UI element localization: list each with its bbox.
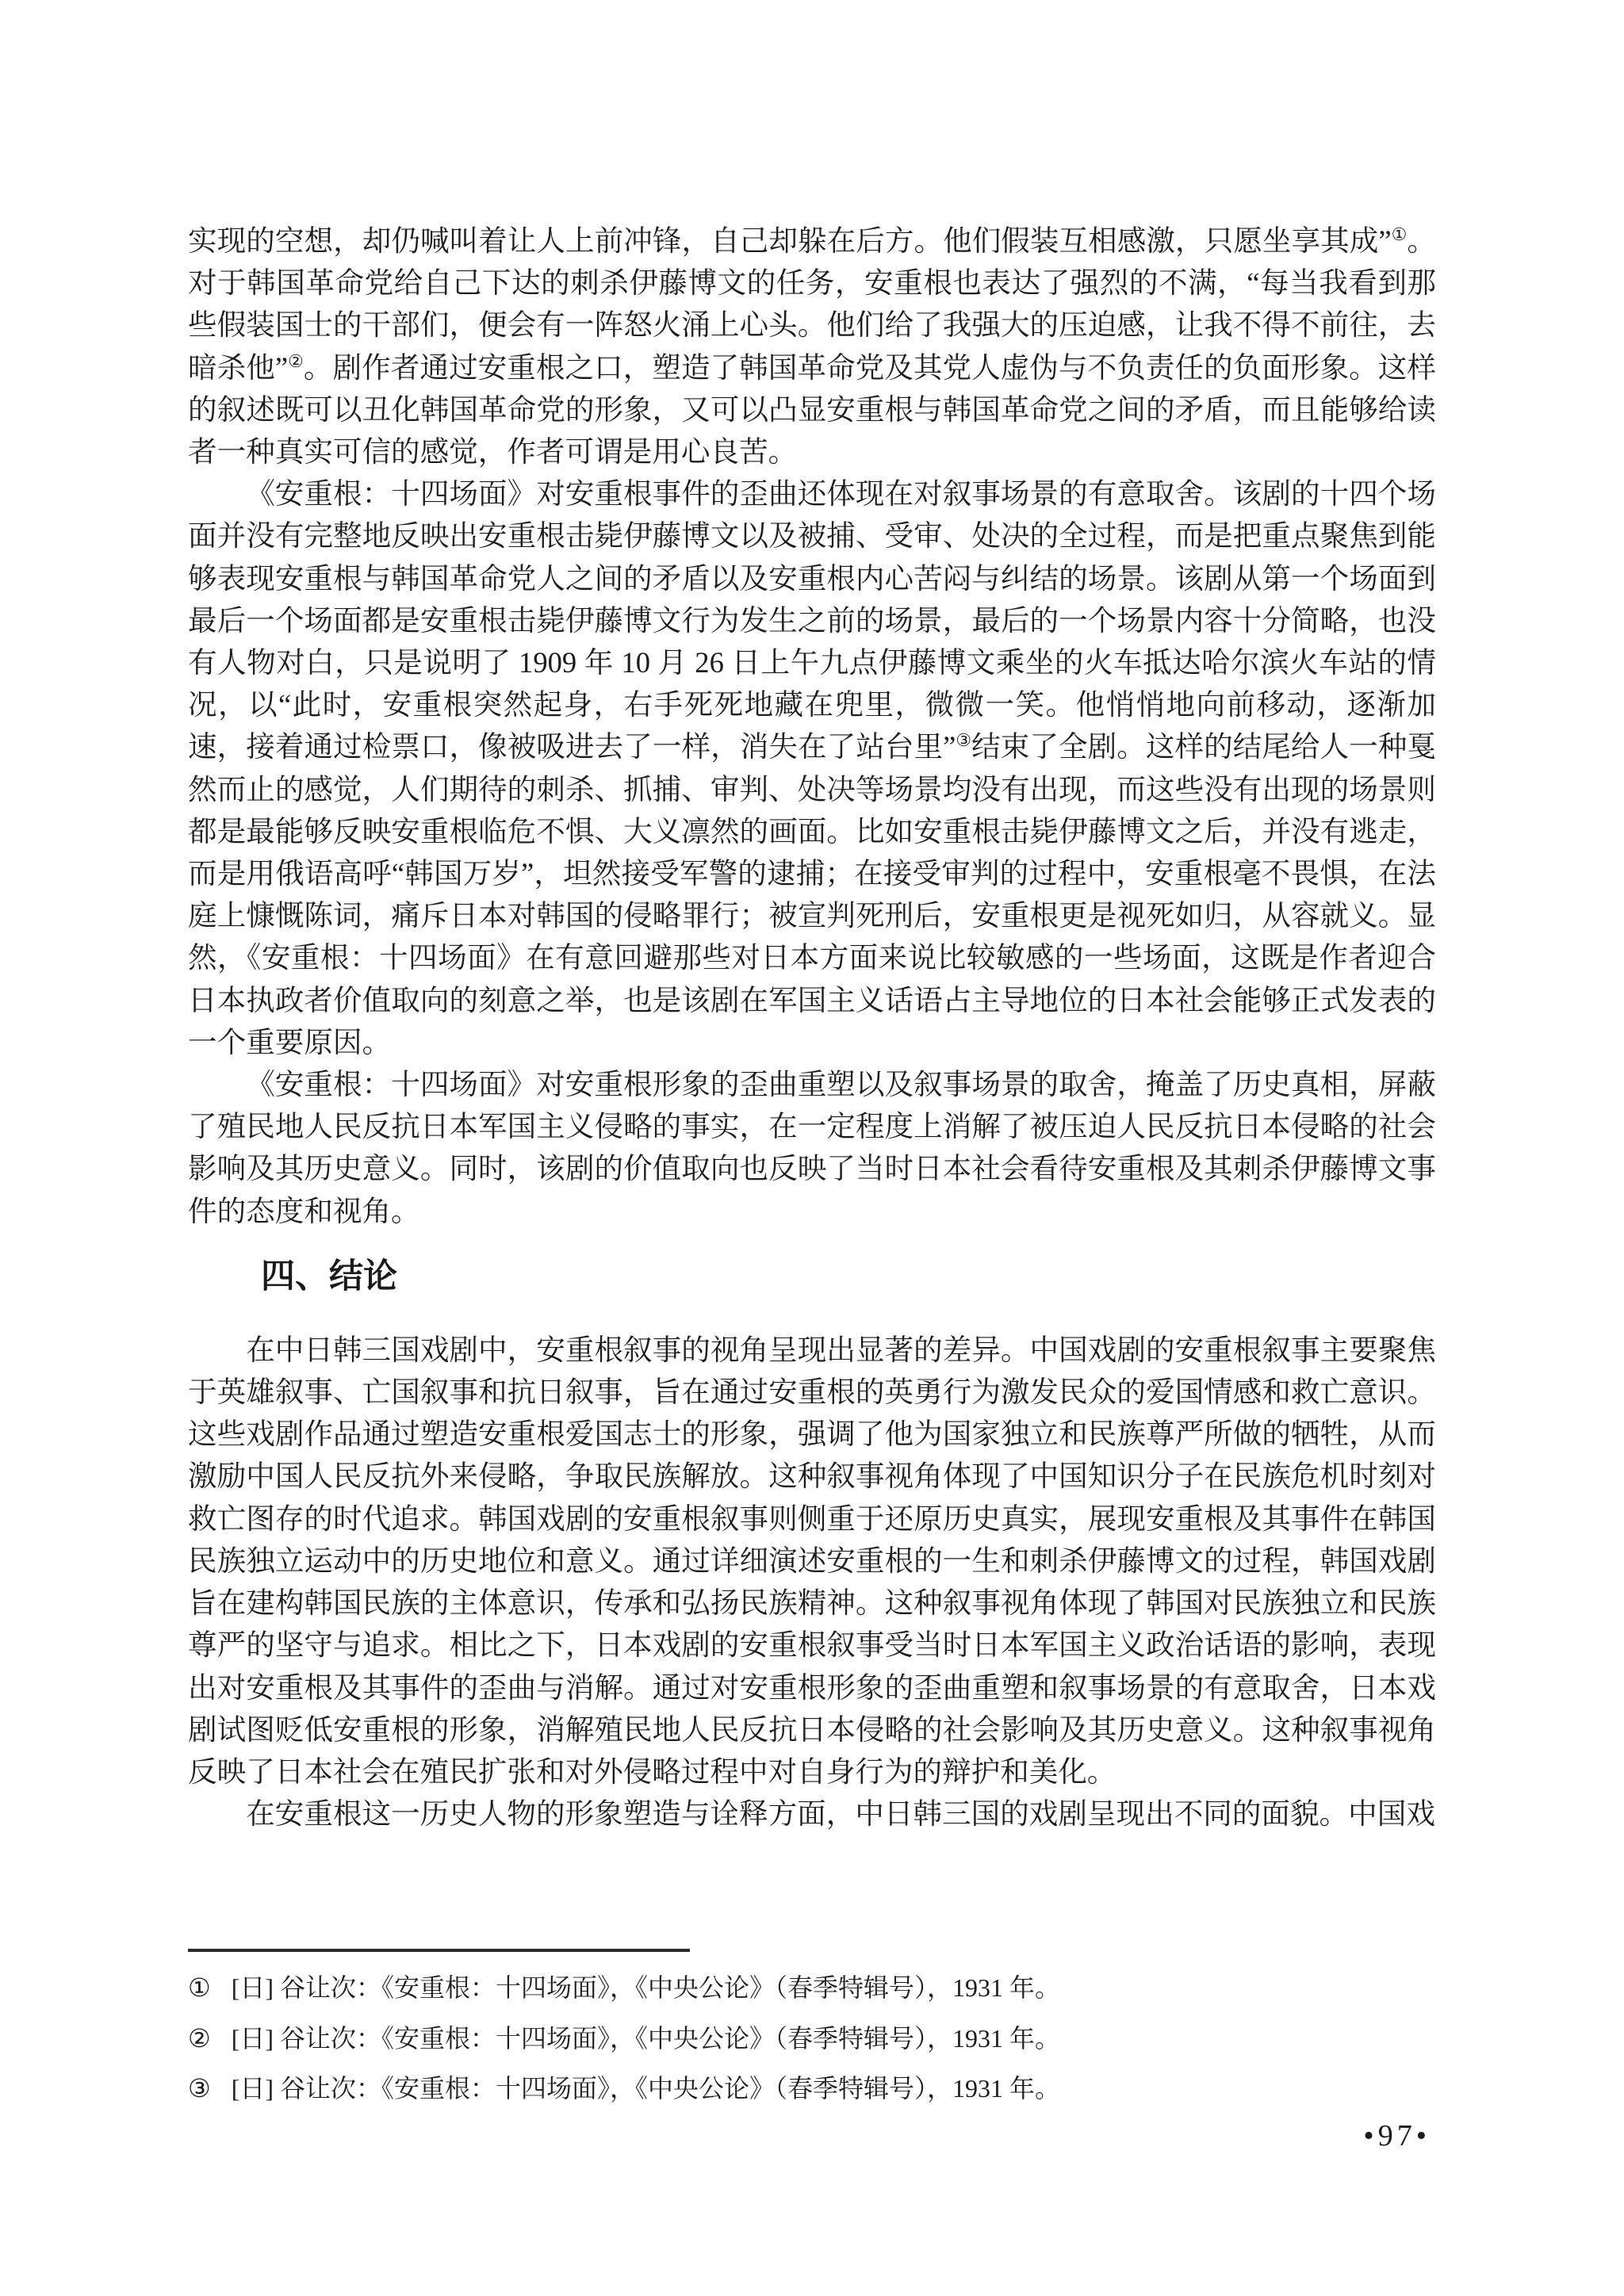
page-number: •97• (1363, 2118, 1431, 2153)
paragraph: 《安重根：十四场面》对安重根形象的歪曲重塑以及叙事场景的取舍，掩盖了历史真相，屏… (188, 1063, 1436, 1232)
document-page: 实现的空想，却仍喊叫着让人上前冲锋，自己却躲在后方。他们假装互相感激，只愿坐享其… (0, 0, 1624, 2296)
paragraph: 实现的空想，却仍喊叫着让人上前冲锋，自己却躲在后方。他们假装互相感激，只愿坐享其… (188, 220, 1436, 473)
footnote-marker: ② (188, 2014, 211, 2064)
footnote-marker: ③ (188, 2064, 211, 2114)
footnote-text: [日] 谷让次：《安重根：十四场面》，《中央公论》（春季特辑号），1931 年。 (232, 2064, 1060, 2114)
footnote-divider (188, 1949, 690, 1952)
paragraph: 在安重根这一历史人物的形象塑造与诠释方面，中日韩三国的戏剧呈现出不同的面貌。中国… (188, 1793, 1436, 1835)
section-heading: 四、结论 (188, 1253, 1436, 1300)
paragraph: 《安重根：十四场面》对安重根事件的歪曲还体现在对叙事场景的有意取舍。该剧的十四个… (188, 473, 1436, 1063)
footnote: ①[日] 谷让次：《安重根：十四场面》，《中央公论》（春季特辑号），1931 年… (188, 1963, 1436, 2014)
footnote-ref: ① (1392, 224, 1408, 244)
footnote-list: ①[日] 谷让次：《安重根：十四场面》，《中央公论》（春季特辑号），1931 年… (188, 1963, 1436, 2114)
footnote: ③[日] 谷让次：《安重根：十四场面》，《中央公论》（春季特辑号），1931 年… (188, 2064, 1436, 2114)
footnote-marker: ① (188, 1963, 211, 2014)
footnote: ②[日] 谷让次：《安重根：十四场面》，《中央公论》（春季特辑号），1931 年… (188, 2014, 1436, 2064)
paragraph: 在中日韩三国戏剧中，安重根叙事的视角呈现出显著的差异。中国戏剧的安重根叙事主要聚… (188, 1329, 1436, 1793)
footnote-ref: ② (288, 350, 304, 370)
footnote-text: [日] 谷让次：《安重根：十四场面》，《中央公论》（春季特辑号），1931 年。 (232, 2014, 1060, 2064)
footnote-ref: ③ (956, 730, 971, 750)
footnote-section: ①[日] 谷让次：《安重根：十四场面》，《中央公论》（春季特辑号），1931 年… (188, 1949, 1436, 2114)
document-body: 实现的空想，却仍喊叫着让人上前冲锋，自己却躲在后方。他们假装互相感激，只愿坐享其… (188, 220, 1436, 1835)
footnote-text: [日] 谷让次：《安重根：十四场面》，《中央公论》（春季特辑号），1931 年。 (232, 1963, 1060, 2014)
